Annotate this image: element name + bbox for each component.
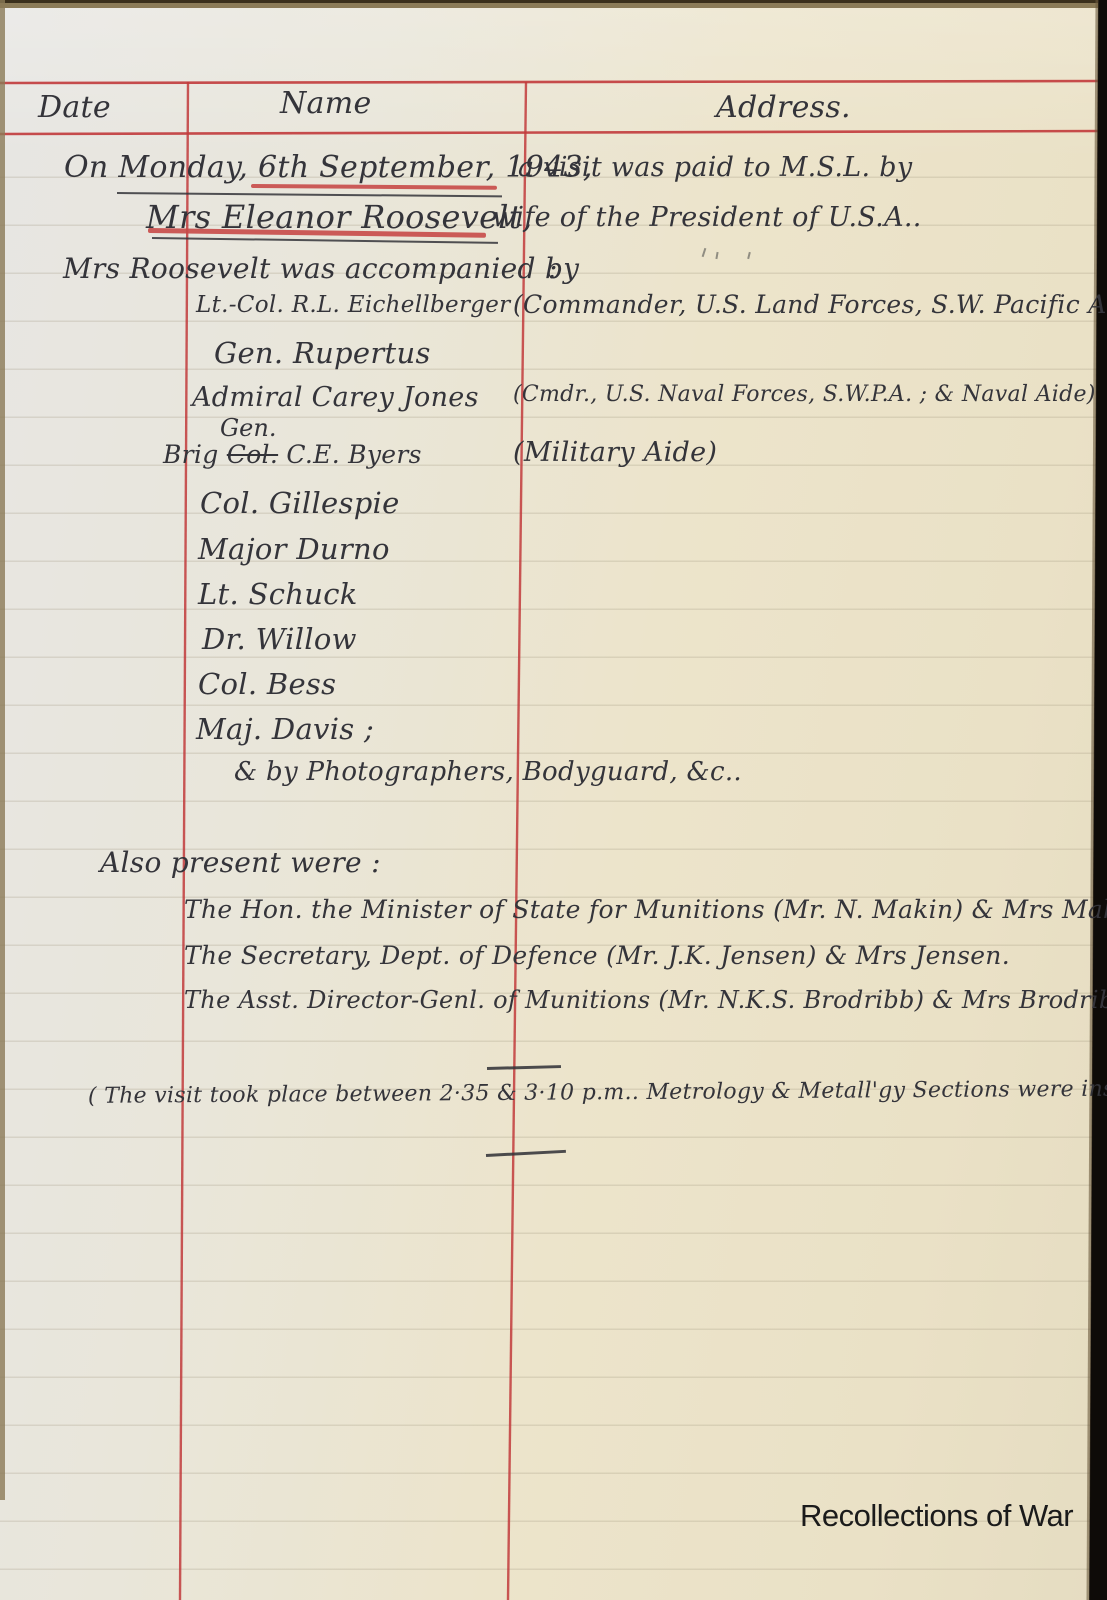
also-present-line: The Asst. Director-Genl. of Munitions (M… — [184, 986, 1107, 1014]
also-present-heading: Also present were : — [100, 846, 381, 879]
party-name: Maj. Davis ; — [196, 712, 374, 746]
party-address: (Cmdr., U.S. Naval Forces, S.W.P.A. ; & … — [513, 382, 1096, 407]
party-name: Admiral Carey Jones — [192, 382, 479, 413]
also-present-line: The Secretary, Dept. of Defence (Mr. J.K… — [184, 941, 1010, 970]
column-header-date: Date — [38, 90, 111, 125]
entry-visitor-desc: wife of the President of U.S.A.. — [492, 202, 922, 233]
entry-visit-phrase: a visit was paid to M.S.L. by — [518, 152, 912, 183]
column-header-address: Address. — [716, 90, 851, 125]
party-name-prefix: Brig — [163, 440, 219, 469]
party-name: Lt. Schuck — [198, 577, 358, 611]
ledger-page: Date Name Address. On Monday, 6th Septem… — [0, 0, 1107, 1600]
party-address: (Commander, U.S. Land Forces, S.W. Pacif… — [513, 290, 1107, 319]
party-name: Col. Bess — [198, 667, 336, 701]
party-name: Brig Col. C.E. Byers — [163, 440, 422, 469]
party-name-insertion: Gen. — [220, 414, 276, 442]
party-name: Col. Gillespie — [200, 486, 400, 520]
party-footer: & by Photographers, Bodyguard, &c.. — [234, 757, 742, 787]
accompanied-colon: : — [548, 252, 558, 285]
party-name: Dr. Willow — [202, 622, 357, 656]
party-name: Lt.-Col. R.L. Eichellberger — [196, 292, 510, 318]
party-name-rest: C.E. Byers — [286, 440, 421, 469]
party-name: Major Durno — [198, 532, 390, 566]
party-name-struck: Col. — [227, 440, 278, 469]
accompanied-heading: Mrs Roosevelt was accompanied by — [63, 252, 579, 285]
party-address: (Military Aide) — [513, 437, 717, 468]
party-name: Gen. Rupertus — [214, 336, 431, 370]
column-header-name: Name — [280, 86, 372, 121]
also-present-line: The Hon. the Minister of State for Munit… — [184, 895, 1107, 924]
entry-date-phrase: On Monday, 6th September, 1943, — [64, 150, 593, 185]
watermark-caption: Recollections of War — [800, 1498, 1073, 1534]
